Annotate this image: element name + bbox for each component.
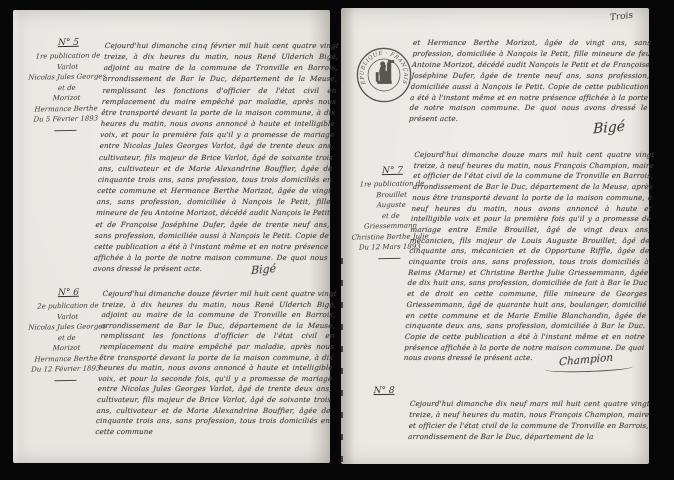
act-paragraph-5: Cejourd'hui dimanche cinq février mil hu… bbox=[93, 40, 339, 274]
act-paragraph-6: Cejourd'hui dimanche douze février mil h… bbox=[95, 289, 337, 437]
act-paragraph-7: Cejourd'hui dimanche douze mars mil huit… bbox=[403, 150, 654, 364]
act-paragraph-6-continuation: et Hermance Berthe Morizot, âgée de ving… bbox=[409, 38, 652, 125]
officer-signature: Bigé bbox=[593, 119, 625, 138]
officer-signature: Bigé bbox=[251, 262, 276, 277]
register-left-page: N° 5 1re publication de Varlot Nicolas J… bbox=[13, 10, 330, 463]
act-number: N° 5 bbox=[26, 37, 110, 48]
stamp-figure bbox=[376, 60, 394, 84]
act-number: N° 6 bbox=[26, 287, 110, 298]
page-number-label: Trois bbox=[609, 11, 633, 24]
margin-note-rule bbox=[378, 257, 400, 258]
scanned-register-spread: { "document": { "page_label": "Trois", "… bbox=[0, 0, 674, 480]
register-right-page: Trois RÉPUBLIQUE · FRANÇAISE et Hermance… bbox=[341, 8, 649, 464]
act-paragraph-8: Cejourd'hui dimanche dix neuf mars mil h… bbox=[408, 398, 650, 442]
margin-note-text: 2e publication de Varlot Nicolas Jules G… bbox=[24, 300, 111, 375]
margin-note-entry-5: N° 5 1re publication de Varlot Nicolas J… bbox=[23, 37, 110, 131]
republique-francaise-stamp-icon: RÉPUBLIQUE · FRANÇAISE bbox=[355, 46, 413, 104]
act-number: N° 8 bbox=[359, 386, 409, 397]
margin-note-entry-8: N° 8 bbox=[359, 386, 409, 400]
margin-note-rule bbox=[54, 129, 76, 130]
margin-note-text: 1re publication de Varlot Nicolas Jules … bbox=[24, 50, 111, 125]
margin-note-rule bbox=[54, 379, 76, 380]
binding-seam-marks bbox=[340, 258, 343, 463]
margin-note-entry-6: N° 6 2e publication de Varlot Nicolas Ju… bbox=[23, 287, 110, 381]
